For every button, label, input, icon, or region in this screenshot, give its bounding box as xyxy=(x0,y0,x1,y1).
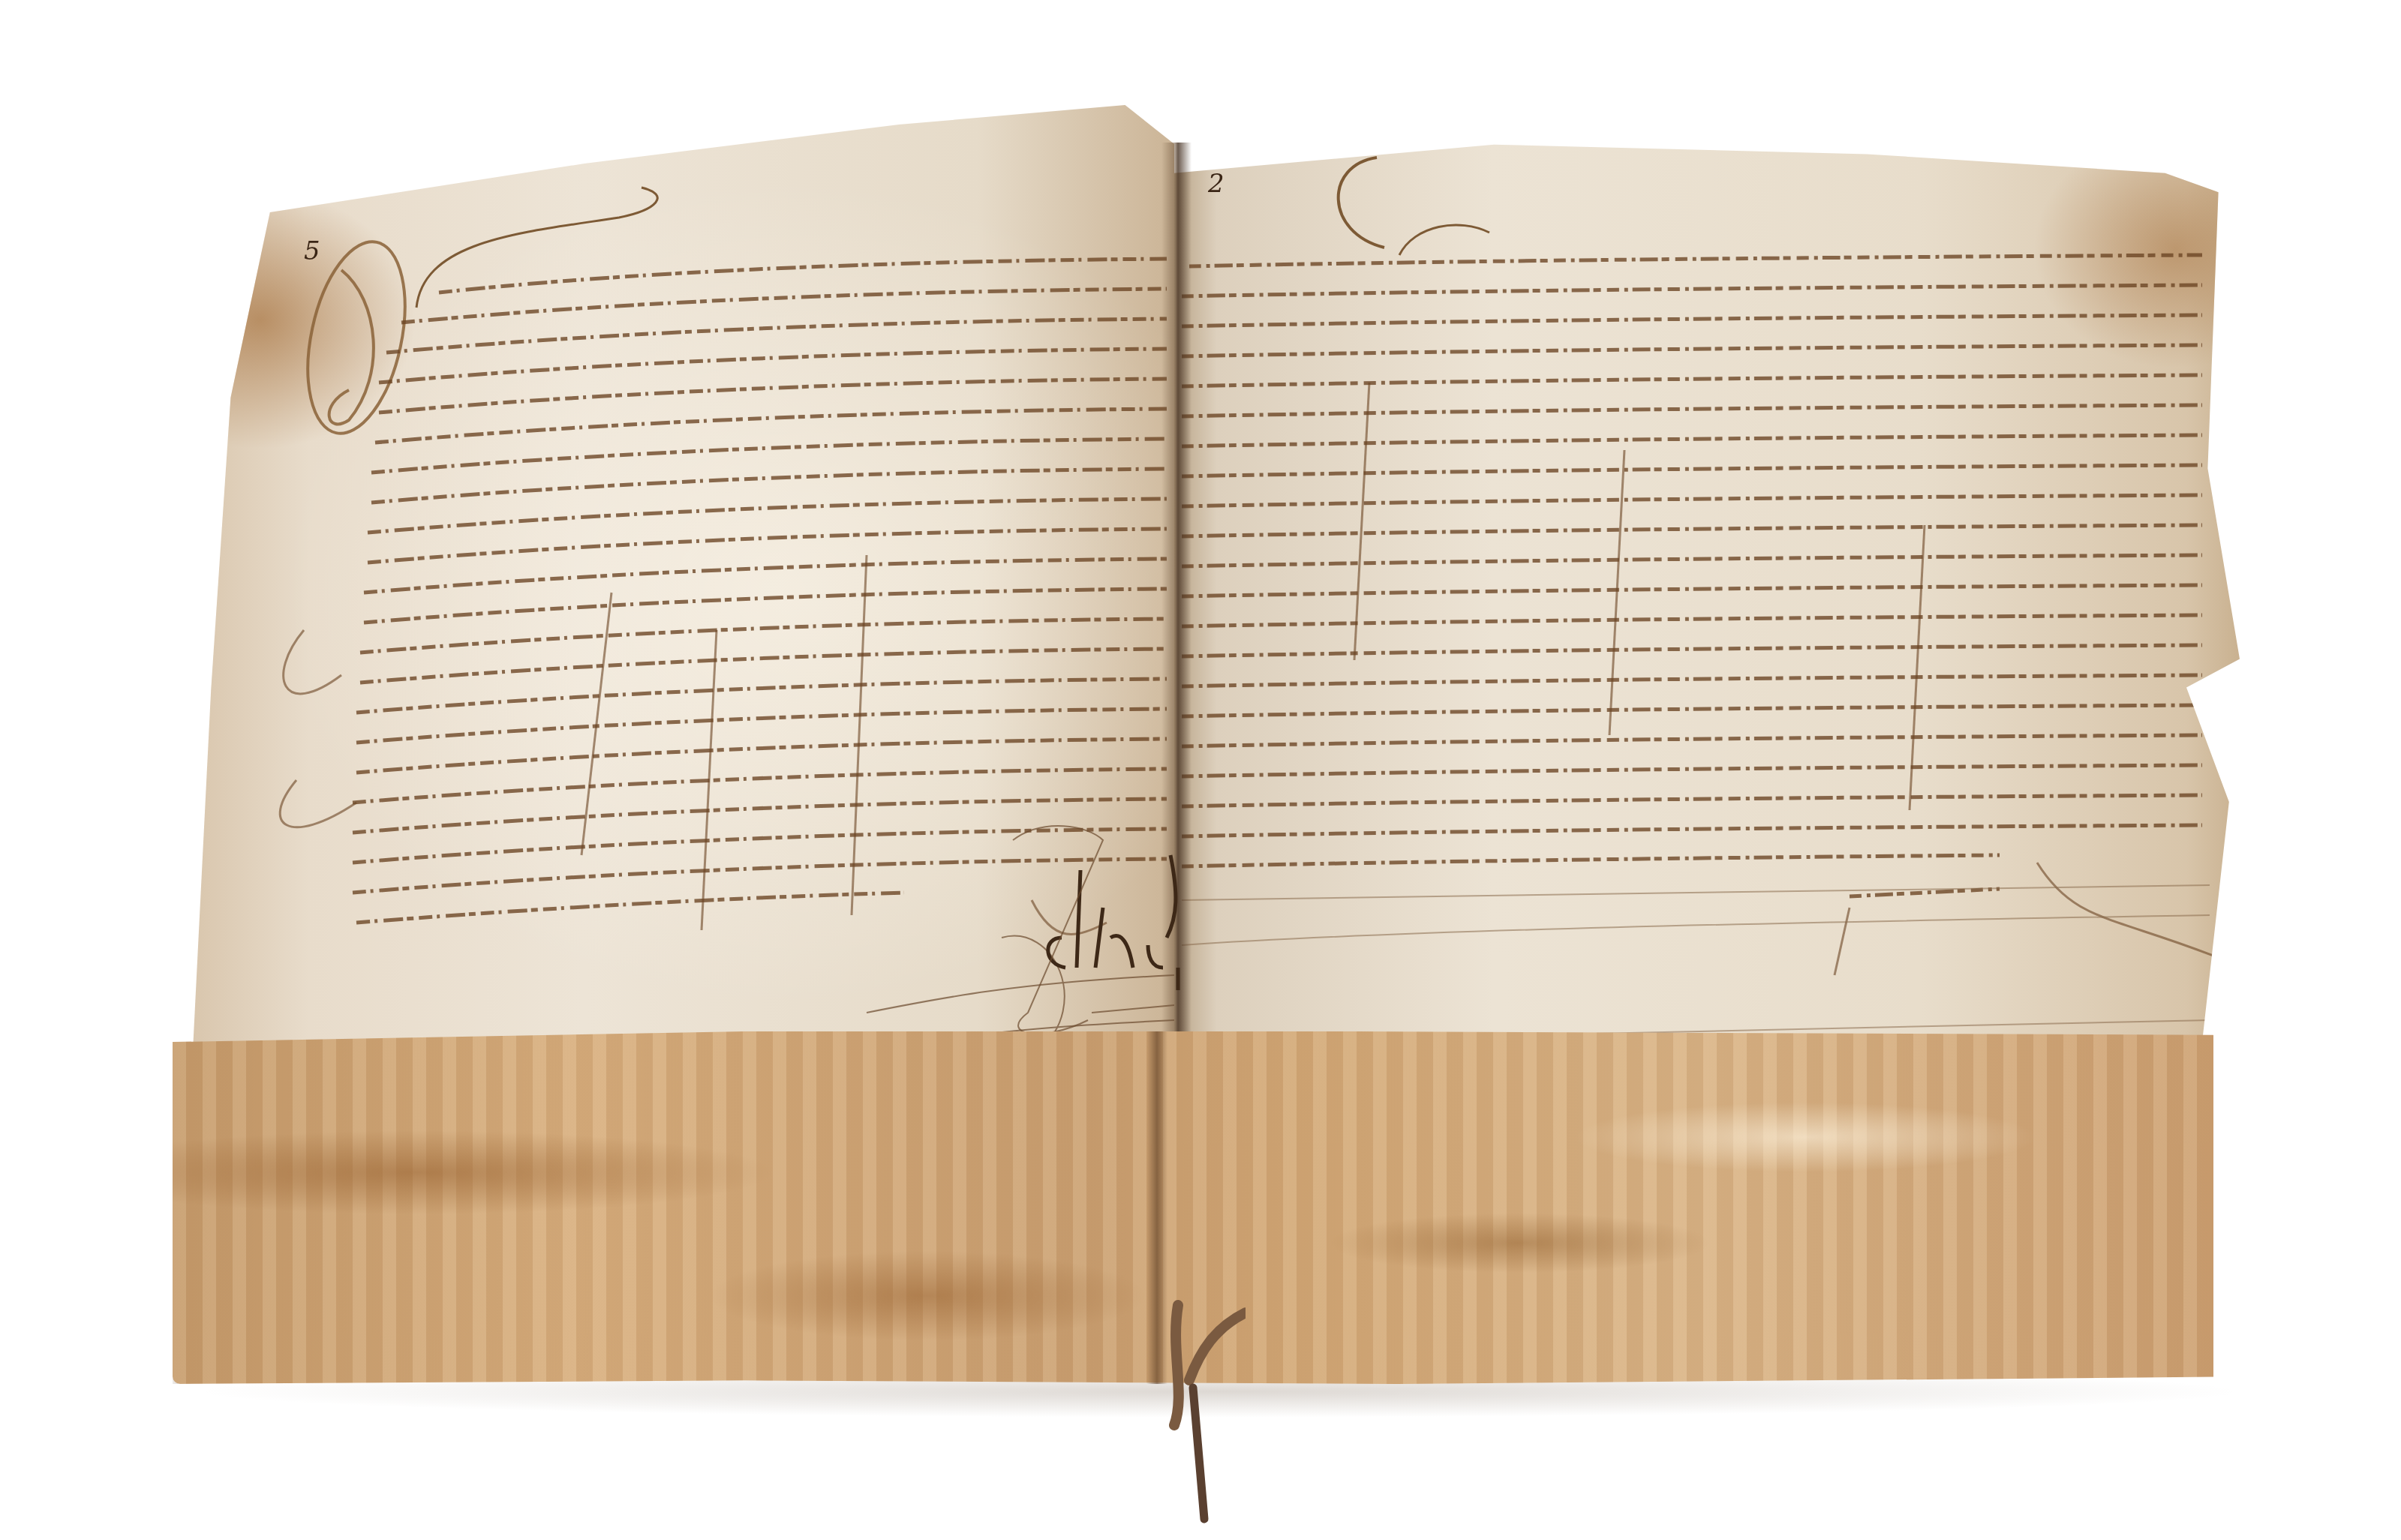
tie-cord xyxy=(1148,1283,1246,1538)
manuscript-photo: 5 xyxy=(0,0,2401,1540)
folio-number-left: 5 xyxy=(304,236,320,266)
royal-signature xyxy=(998,825,1373,1050)
folio-number-right: 2 xyxy=(1208,169,1225,199)
